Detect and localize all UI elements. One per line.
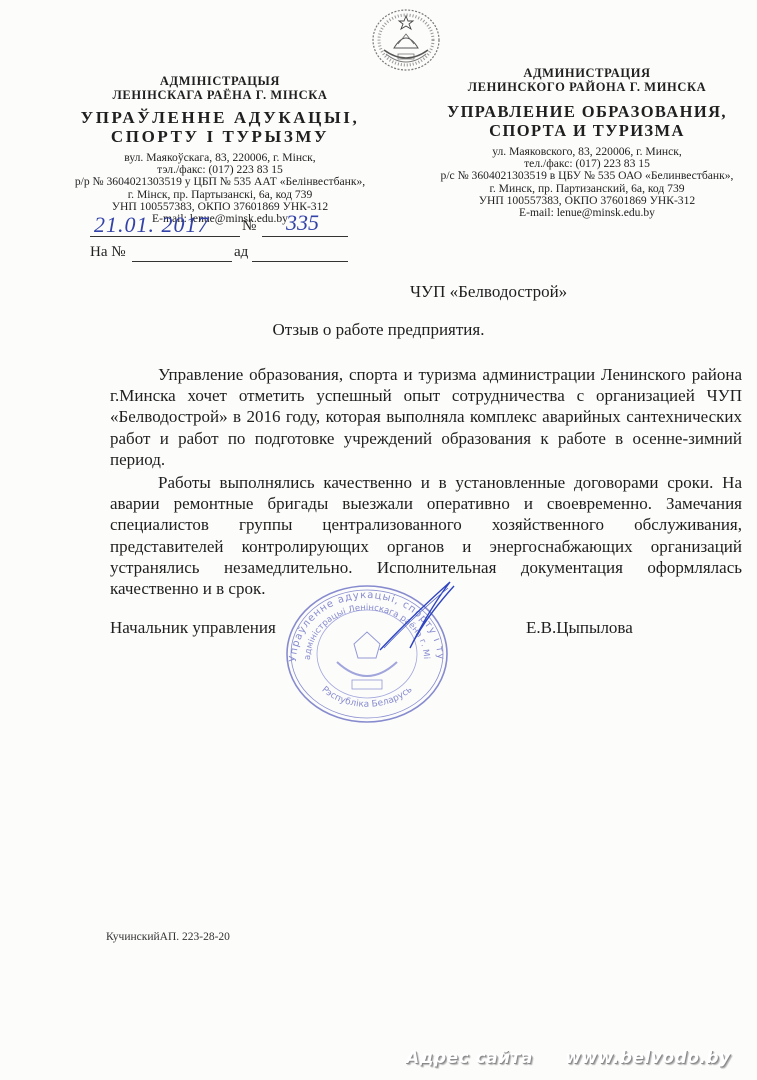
document-title: Отзыв о работе предприятия. [0, 320, 757, 340]
outgoing-reference: 21.01. 2017 № 335 [90, 216, 350, 238]
handwritten-date: 21.01. 2017 [94, 212, 210, 238]
website-label: Адрес сайта [406, 1048, 533, 1068]
paragraph: Управление образования, спорта и туризма… [110, 364, 742, 470]
district-name-by: ЛЕНІНСКАГА РАЁНА Г. МІНСКА [60, 88, 380, 102]
belarus-coat-of-arms-icon [364, 6, 448, 72]
reply-number-label: На № [90, 244, 126, 261]
document-body: Управление образования, спорта и туризма… [110, 364, 742, 599]
admin-name-ru: АДМИНИСТРАЦИЯ [432, 66, 742, 80]
department-name-ru-line2: СПОРТА И ТУРИЗМА [432, 121, 742, 140]
district-name-ru: ЛЕНИНСКОГО РАЙОНА Г. МИНСКА [432, 80, 742, 94]
addressee: ЧУП «Белводострой» [410, 282, 567, 302]
number-label: № [242, 218, 256, 235]
signatory-position: Начальник управления [110, 618, 276, 638]
reply-from-label: ад [234, 244, 248, 261]
bank-line: р/с № 3604021303519 в ЦБУ № 535 ОАО «Бел… [432, 170, 742, 182]
bank-line: р/р № 3604021303519 у ЦБП № 535 ААТ «Бел… [60, 176, 380, 188]
department-name-by-line1: УПРАЎЛЕННЕ АДУКАЦЫІ, [60, 108, 380, 127]
signatory-name: Е.В.Цыпылова [526, 618, 633, 638]
svg-text:Рэспубліка Беларусь: Рэспубліка Беларусь [320, 685, 415, 710]
header-belarusian: АДМІНІСТРАЦЫЯ ЛЕНІНСКАГА РАЁНА Г. МІНСКА… [60, 74, 380, 225]
header-russian: АДМИНИСТРАЦИЯ ЛЕНИНСКОГО РАЙОНА Г. МИНСК… [432, 66, 742, 219]
department-name-ru-line1: УПРАВЛЕНИЕ ОБРАЗОВАНИЯ, [432, 102, 742, 121]
department-name-by-line2: СПОРТУ І ТУРЫЗМУ [60, 127, 380, 146]
incoming-reference: На № ад [90, 244, 350, 266]
address-block-ru: ул. Маяковского, 83, 220006, г. Минск, т… [432, 146, 742, 219]
executor-contact: КучинскийАП. 223-28-20 [106, 931, 230, 943]
bank-address-line: г. Минск, пр. Партизанский, 6а, код 739 [432, 183, 742, 195]
website-url: www.belvodo.by [565, 1048, 730, 1068]
handwritten-signature [370, 578, 460, 658]
handwritten-number: 335 [286, 210, 319, 236]
website-watermark: Адрес сайта www.belvodo.by [406, 1048, 731, 1068]
bank-address-line: г. Мінск, пр. Партызанскі, 6а, код 739 [60, 189, 380, 201]
admin-name-by: АДМІНІСТРАЦЫЯ [60, 74, 380, 88]
email-line: E-mail: lenue@minsk.edu.by [432, 207, 742, 219]
